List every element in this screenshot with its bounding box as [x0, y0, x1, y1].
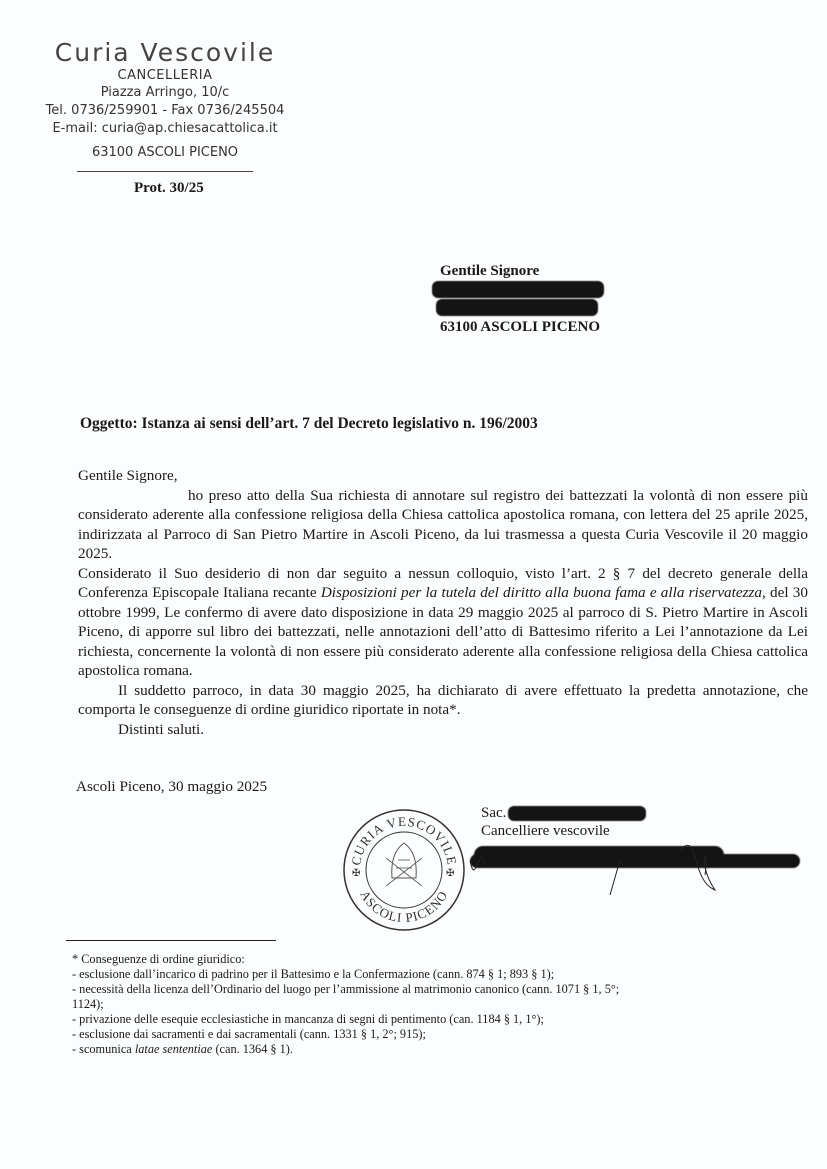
- letterhead-phone-fax: Tel. 0736/259901 - Fax 0736/245504: [20, 102, 310, 120]
- letter-body: Gentile Signore, ho preso atto della Sua…: [78, 466, 808, 739]
- place-date: Ascoli Piceno, 30 maggio 2025: [76, 778, 267, 796]
- paragraph-1: ho preso atto della Sua richiesta di ann…: [78, 486, 808, 564]
- paragraph-2: Considerato il Suo desiderio di non dar …: [78, 564, 808, 681]
- footnotes: * Conseguenze di ordine giuridico: - esc…: [72, 952, 792, 1057]
- greeting: Gentile Signore,: [78, 466, 808, 486]
- letterhead: Curia Vescovile CANCELLERIA Piazza Arrin…: [20, 38, 310, 172]
- curia-seal-icon: CURIA VESCOVILE ASCOLI PICENO ✠ ✠: [342, 808, 466, 932]
- letterhead-email: E-mail: curia@ap.chiesacattolica.it: [20, 120, 310, 138]
- letterhead-divider: [77, 171, 253, 172]
- letterhead-city: 63100 ASCOLI PICENO: [20, 144, 310, 162]
- signature-scribble-icon: [470, 820, 730, 900]
- recipient-salutation: Gentile Signore: [440, 262, 604, 280]
- svg-text:✠: ✠: [446, 868, 454, 879]
- footnote-item: - privazione delle esequie ecclesiastich…: [72, 1012, 792, 1027]
- letterhead-address: Piazza Arringo, 10/c: [20, 84, 310, 102]
- subject-line: Oggetto: Istanza ai sensi dell’art. 7 de…: [80, 415, 538, 433]
- redaction-bar: [436, 299, 598, 316]
- closing: Distinti saluti.: [78, 720, 808, 740]
- footnote-item: - esclusione dall’incarico di padrino pe…: [72, 967, 792, 982]
- footnote-item: - esclusione dai sacramenti e dai sacram…: [72, 1027, 792, 1042]
- letterhead-title: Curia Vescovile: [20, 38, 310, 68]
- svg-text:✠: ✠: [352, 868, 360, 879]
- letterhead-office: CANCELLERIA: [20, 68, 310, 84]
- svg-text:CURIA VESCOVILE: CURIA VESCOVILE: [348, 814, 460, 867]
- paragraph-3: Il suddetto parroco, in data 30 maggio 2…: [78, 681, 808, 720]
- footnote-item: 1124);: [72, 997, 792, 1012]
- protocol-number: Prot. 30/25: [134, 180, 204, 197]
- redaction-bar: [508, 806, 646, 821]
- footnote-item: - scomunica latae sententiae (can. 1364 …: [72, 1042, 792, 1057]
- redaction-bar: [432, 281, 604, 298]
- footnote-item: - necessità della licenza dell’Ordinario…: [72, 982, 792, 997]
- recipient-block: Gentile Signore 63100 ASCOLI PICENO: [440, 262, 604, 336]
- recipient-city: 63100 ASCOLI PICENO: [440, 318, 604, 336]
- footnote-title: * Conseguenze di ordine giuridico:: [72, 952, 792, 967]
- footnote-divider: [66, 940, 276, 941]
